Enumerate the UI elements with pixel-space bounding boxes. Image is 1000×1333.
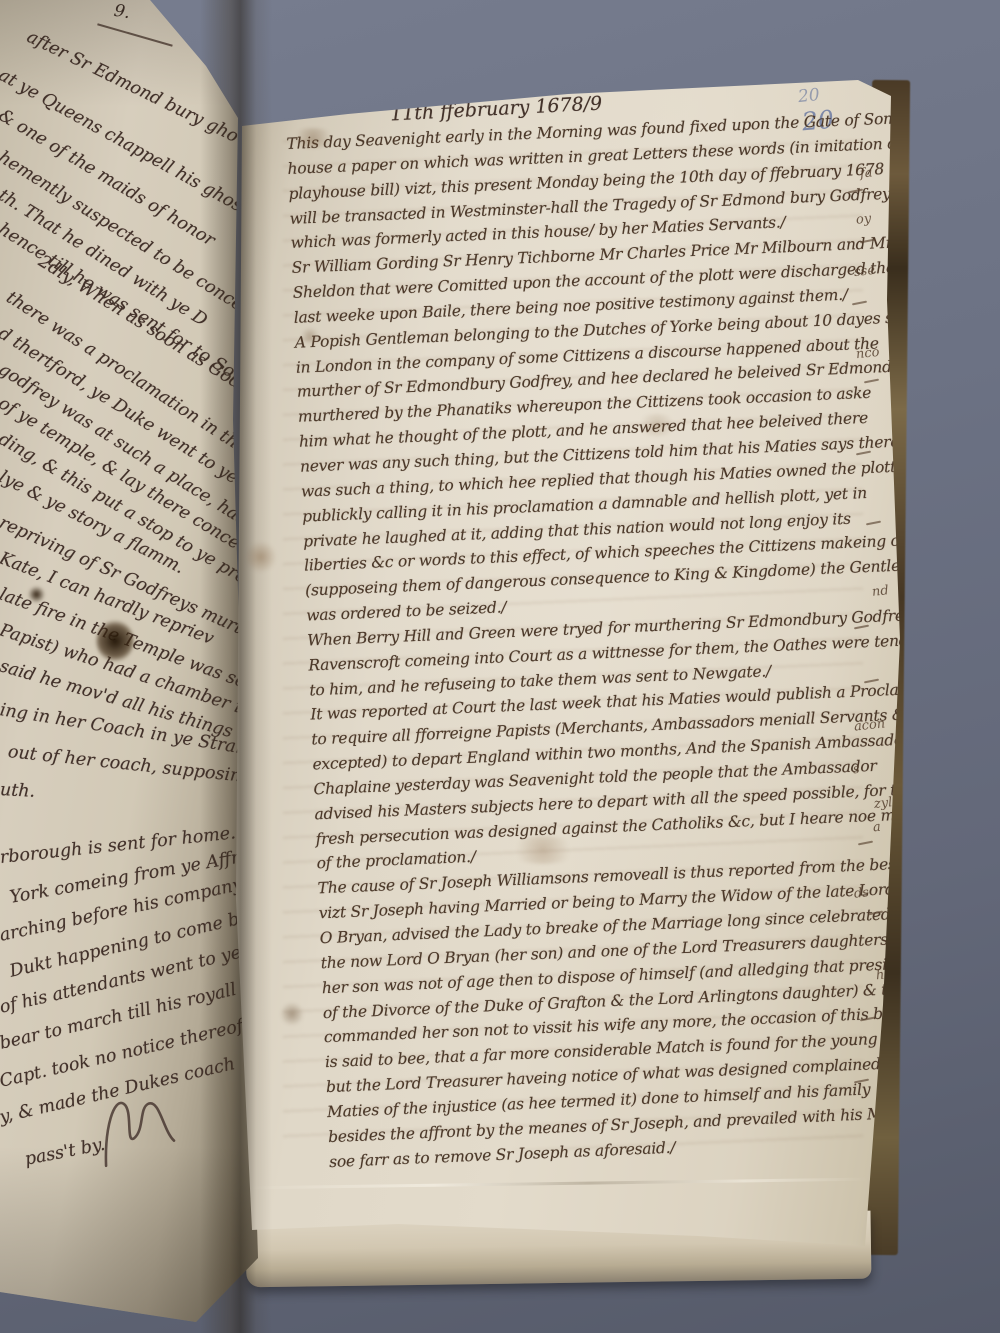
ink-dash <box>848 189 863 194</box>
left-text-fragment: rborough is sent for home. <box>0 823 237 868</box>
manuscript-line: Chaplaine yesterday was Seavenight told … <box>313 752 909 802</box>
left-text-fragment: York comeing from ye Affric <box>8 845 256 908</box>
left-text-fragment: after Sr Edmond bury gho <box>24 27 242 147</box>
edge-text-fragment: s <box>852 762 860 778</box>
manuscript-line: The cause of Sr Joseph Williamsons remov… <box>317 852 913 902</box>
left-text-fragment: bear to march till his royall <box>0 980 238 1054</box>
left-text-fragment: hemently suspected to be concerned <box>0 148 282 338</box>
left-text-fragment: ding, & this put a stop to ye procl <box>0 429 264 596</box>
left-text-fragment: said he mov'd all his things out <box>0 656 268 751</box>
edge-text-fragment: nd <box>871 583 889 600</box>
manuscript-line: last weeke upon Baile, there being noe p… <box>293 281 889 331</box>
left-text-fragment: Kate, I can hardly repriev <box>0 549 216 649</box>
manuscript-line: Ravenscroft comeing into Court as a witt… <box>308 628 904 678</box>
manuscript-line: to require all fforreigne Papists (Merch… <box>311 703 907 753</box>
manuscript-line: (supposeing them of dangerous consequenc… <box>305 554 901 604</box>
left-text-fragment: of ye temple, & lay there conceal <box>0 393 257 562</box>
manuscript-line: It was reported at Court the last week t… <box>310 678 906 728</box>
manuscript-line: besides the affront by the meanes of Sr … <box>328 1100 924 1150</box>
left-text-fragment: Dukt happening to come by <box>8 907 251 982</box>
manuscript-line: Sheldon that were Comitted upon the acco… <box>292 256 888 306</box>
signature-flourish <box>81 1067 202 1188</box>
manuscript-line: When Berry Hill and Green were tryed for… <box>307 604 903 654</box>
left-text-fragment: there was a proclamation in the pr <box>3 288 272 473</box>
manuscript-line: vizt Sr Joseph having Married or being t… <box>318 877 914 927</box>
left-text-fragment: at ye Queens chappell his ghost <box>0 65 252 219</box>
manuscript-line: him what he thought of the plott, and he… <box>298 405 894 455</box>
manuscript-line: was ordered to be seized./ <box>306 579 902 629</box>
edge-text-fragment: h <box>875 968 885 984</box>
left-text-fragment: hence till he was sent for to Somer <box>0 220 268 401</box>
edge-text-fragment: fa <box>859 165 873 181</box>
left-text-fragment: out of her coach, supposing it <box>7 742 272 789</box>
paper-crease <box>248 1178 868 1190</box>
left-text-fragment: godfrey was at such a place, had <box>0 360 252 531</box>
manuscript-line: private he laughed at it, adding that th… <box>303 504 899 554</box>
left-text-fragment: late fire in the Temple was sett <box>0 585 262 698</box>
edge-text-fragment: ds <box>853 885 869 901</box>
manuscript-line: publickly calling it in his proclamation… <box>302 479 898 529</box>
left-text-fragment: d thertford, ye Duke went to ye <box>0 324 242 489</box>
manuscript-line: commanded her son not to vissit his wife… <box>323 1001 919 1051</box>
manuscript-line: of the Divorce of the Duke of Grafton & … <box>322 976 918 1026</box>
left-page-number: 9. <box>112 1 131 24</box>
manuscript-line: is said to bee, that a far more consider… <box>324 1025 920 1075</box>
manuscript-line: soe farr as to remove Sr Joseph as afore… <box>329 1125 925 1175</box>
edge-text-fragment: a <box>872 820 881 836</box>
edge-text-fragment: sse <box>853 263 875 280</box>
manuscript-line: liberties &c or words to this effect, of… <box>304 529 900 579</box>
manuscript-line: of the proclamation./ <box>316 827 912 877</box>
left-text-fragment: th. That he dined with ye D <box>0 186 211 331</box>
left-text-fragment: Papist) who had a chamber in ye <box>0 620 279 729</box>
left-text-fragment: pass't by. <box>23 1135 107 1170</box>
manuscript-line: never was any such thing, but the Cittiz… <box>300 430 896 480</box>
manuscript-line: playhouse bill) vizt, this present Monda… <box>288 157 884 207</box>
page-number-flourish <box>97 23 172 46</box>
left-text-fragment: ing in her Coach in ye Strand <box>0 700 260 761</box>
left-page: 9. after Sr Edmond bury gho at ye Queens… <box>0 0 262 1333</box>
manuscript-line: house a paper on which was written in gr… <box>287 132 883 182</box>
edge-text-fragment: nco <box>855 345 880 362</box>
manuscript-line: murther of Sr Edmondbury Godfrey, and he… <box>296 355 892 405</box>
manuscript-line: excepted) to depart England within two m… <box>312 728 908 778</box>
pencil-folio-mark: 20 <box>797 85 821 107</box>
edge-text-fragment: zyl <box>873 795 893 812</box>
left-text-fragment: 2dly, When as soon as Godf <box>35 252 251 397</box>
left-text-fragment: uth. <box>0 780 36 802</box>
manuscript-line: Sr William Gording Sr Henry Tichborne Mr… <box>291 231 887 281</box>
left-text-fragment: lye & ye story a flamm. <box>0 467 188 578</box>
manuscript-line: murthered by the Phanatiks whereupon the… <box>297 380 893 430</box>
manuscript-line: O Bryan, advised the Lady to breake of t… <box>319 901 915 951</box>
left-text-fragment: & one of the maids of honor <box>0 105 218 250</box>
manuscript-line: Maties of the injustice (as hee termed i… <box>327 1075 923 1125</box>
manuscript-line: fresh persecution was designed against t… <box>315 802 911 852</box>
manuscript-line: will be transacted in Westminster-hall t… <box>289 182 885 232</box>
manuscript-body: This day Seavenight early in the Morning… <box>286 107 924 1174</box>
manuscript-line: her son was not of age then to dispose o… <box>321 951 917 1001</box>
manuscript-line: was such a thing, to which hee replied t… <box>301 455 897 505</box>
manuscript-line: the now Lord O Bryan (her son) and one o… <box>320 926 916 976</box>
manuscript-photo: { "right_page": { "heading": "11th ffebr… <box>0 0 1000 1333</box>
manuscript-line: advised his Masters subjects here to dep… <box>314 777 910 827</box>
manuscript-line: A Popish Gentleman belonging to the Dutc… <box>294 306 890 356</box>
manuscript-line: in London in the company of some Cittize… <box>295 330 891 380</box>
left-text-fragment: y, & made the Dukes coach <box>0 1054 237 1128</box>
left-text-fragment: of his attendants went to ye <box>0 943 243 1018</box>
manuscript-line: but the Lord Treasurer haveing notice of… <box>326 1050 922 1100</box>
right-page: 11th ffebruary 1678/9 20 20 This day Sea… <box>228 70 908 1300</box>
manuscript-line: to him, and he refuseing to take them wa… <box>309 653 905 703</box>
left-text-fragment: repriving of Sr Godfreys murther <box>0 513 273 651</box>
left-text-fragment: Capt. took no notice thereof <box>0 1016 245 1092</box>
manuscript-line: which was formerly acted in this house/ … <box>290 206 886 256</box>
edge-text-fragment: oy <box>855 211 872 228</box>
